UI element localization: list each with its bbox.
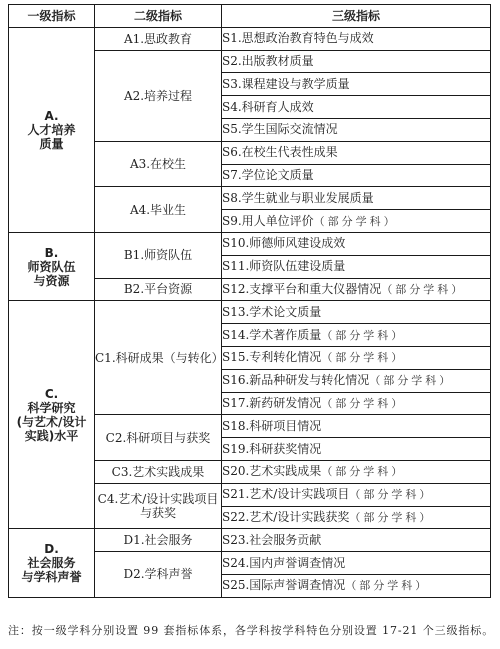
footnote: 注：按一级学科分别设置 99 套指标体系，各学科按学科特色分别设置 17-21 …: [8, 622, 498, 638]
level1-cell-d: D. 社会服务 与学科声誉: [9, 529, 95, 597]
level3-cell: S14.学术著作质量（部分学科）: [222, 324, 491, 347]
level1-label: 师资队伍: [9, 260, 94, 274]
header-level3: 三级指标: [222, 5, 491, 28]
level2-cell: A3.在校生: [95, 141, 222, 187]
level2-cell: A1.思政教育: [95, 27, 222, 50]
level3-cell: S6.在校生代表性成果: [222, 141, 491, 164]
level2-cell: C4.艺术/设计实践项目与获奖: [95, 483, 222, 529]
indicator-table: 一级指标 二级指标 三级指标 A. 人才培养 质量 A1.思政教育 S1.思想政…: [8, 4, 491, 598]
table-row: B. 师资队伍 与资源 B1.师资队伍 S10.师德师风建设成效: [9, 232, 491, 255]
level2-cell: B2.平台资源: [95, 278, 222, 301]
level1-cell-a: A. 人才培养 质量: [9, 27, 95, 232]
level3-cell: S23.社会服务贡献: [222, 529, 491, 552]
level2-cell: D1.社会服务: [95, 529, 222, 552]
level3-cell: S19.科研获奖情况: [222, 438, 491, 461]
level3-cell: S4.科研育人成效: [222, 96, 491, 119]
header-row: 一级指标 二级指标 三级指标: [9, 5, 491, 28]
level1-label: (与艺术/设计: [9, 415, 94, 429]
level1-label: 与资源: [9, 274, 94, 288]
level1-label: 人才培养: [9, 123, 94, 137]
level3-cell: S25.国际声誉调查情况（部分学科）: [222, 574, 491, 597]
level1-label: 社会服务: [9, 556, 94, 570]
level3-cell: S22.艺术/设计实践获奖（部分学科）: [222, 506, 491, 529]
level3-cell: S1.思想政治教育特色与成效: [222, 27, 491, 50]
level1-code: C.: [9, 387, 94, 401]
level3-cell: S7.学位论文质量: [222, 164, 491, 187]
level3-cell: S17.新药研发情况（部分学科）: [222, 392, 491, 415]
level1-label: 与学科声誉: [9, 570, 94, 584]
header-level2: 二级指标: [95, 5, 222, 28]
level2-cell: C1.科研成果（与转化）: [95, 301, 222, 415]
level3-cell: S21.艺术/设计实践项目（部分学科）: [222, 483, 491, 506]
level2-cell: A2.培养过程: [95, 50, 222, 141]
level1-label: 质量: [9, 137, 94, 151]
table-row: D. 社会服务 与学科声誉 D1.社会服务 S23.社会服务贡献: [9, 529, 491, 552]
level3-cell: S3.课程建设与教学质量: [222, 73, 491, 96]
level3-cell: S24.国内声誉调查情况: [222, 552, 491, 575]
table-row: C. 科学研究 (与艺术/设计 实践)水平 C1.科研成果（与转化） S13.学…: [9, 301, 491, 324]
table-row: A. 人才培养 质量 A1.思政教育 S1.思想政治教育特色与成效: [9, 27, 491, 50]
level2-cell: C2.科研项目与获奖: [95, 415, 222, 461]
level3-cell: S12.支撑平台和重大仪器情况（部分学科）: [222, 278, 491, 301]
level3-cell: S9.用人单位评价（部分学科）: [222, 210, 491, 233]
level1-code: A.: [9, 109, 94, 123]
level1-cell-c: C. 科学研究 (与艺术/设计 实践)水平: [9, 301, 95, 529]
level1-code: D.: [9, 542, 94, 556]
level3-cell: S13.学术论文质量: [222, 301, 491, 324]
level3-cell: S20.艺术实践成果（部分学科）: [222, 460, 491, 483]
level2-cell: B1.师资队伍: [95, 232, 222, 278]
header-level1: 一级指标: [9, 5, 95, 28]
level1-label: 实践)水平: [9, 429, 94, 443]
level1-code: B.: [9, 246, 94, 260]
level3-cell: S18.科研项目情况: [222, 415, 491, 438]
level3-cell: S8.学生就业与职业发展质量: [222, 187, 491, 210]
level3-cell: S5.学生国际交流情况: [222, 118, 491, 141]
level3-cell: S15.专利转化情况（部分学科）: [222, 346, 491, 369]
level1-label: 科学研究: [9, 401, 94, 415]
level2-cell: C3.艺术实践成果: [95, 460, 222, 483]
level3-cell: S11.师资队伍建设质量: [222, 255, 491, 278]
level3-cell: S2.出版教材质量: [222, 50, 491, 73]
level3-cell: S16.新品种研发与转化情况（部分学科）: [222, 369, 491, 392]
level1-cell-b: B. 师资队伍 与资源: [9, 232, 95, 300]
level2-cell: D2.学科声誉: [95, 552, 222, 598]
level3-cell: S10.师德师风建设成效: [222, 232, 491, 255]
level2-cell: A4.毕业生: [95, 187, 222, 233]
